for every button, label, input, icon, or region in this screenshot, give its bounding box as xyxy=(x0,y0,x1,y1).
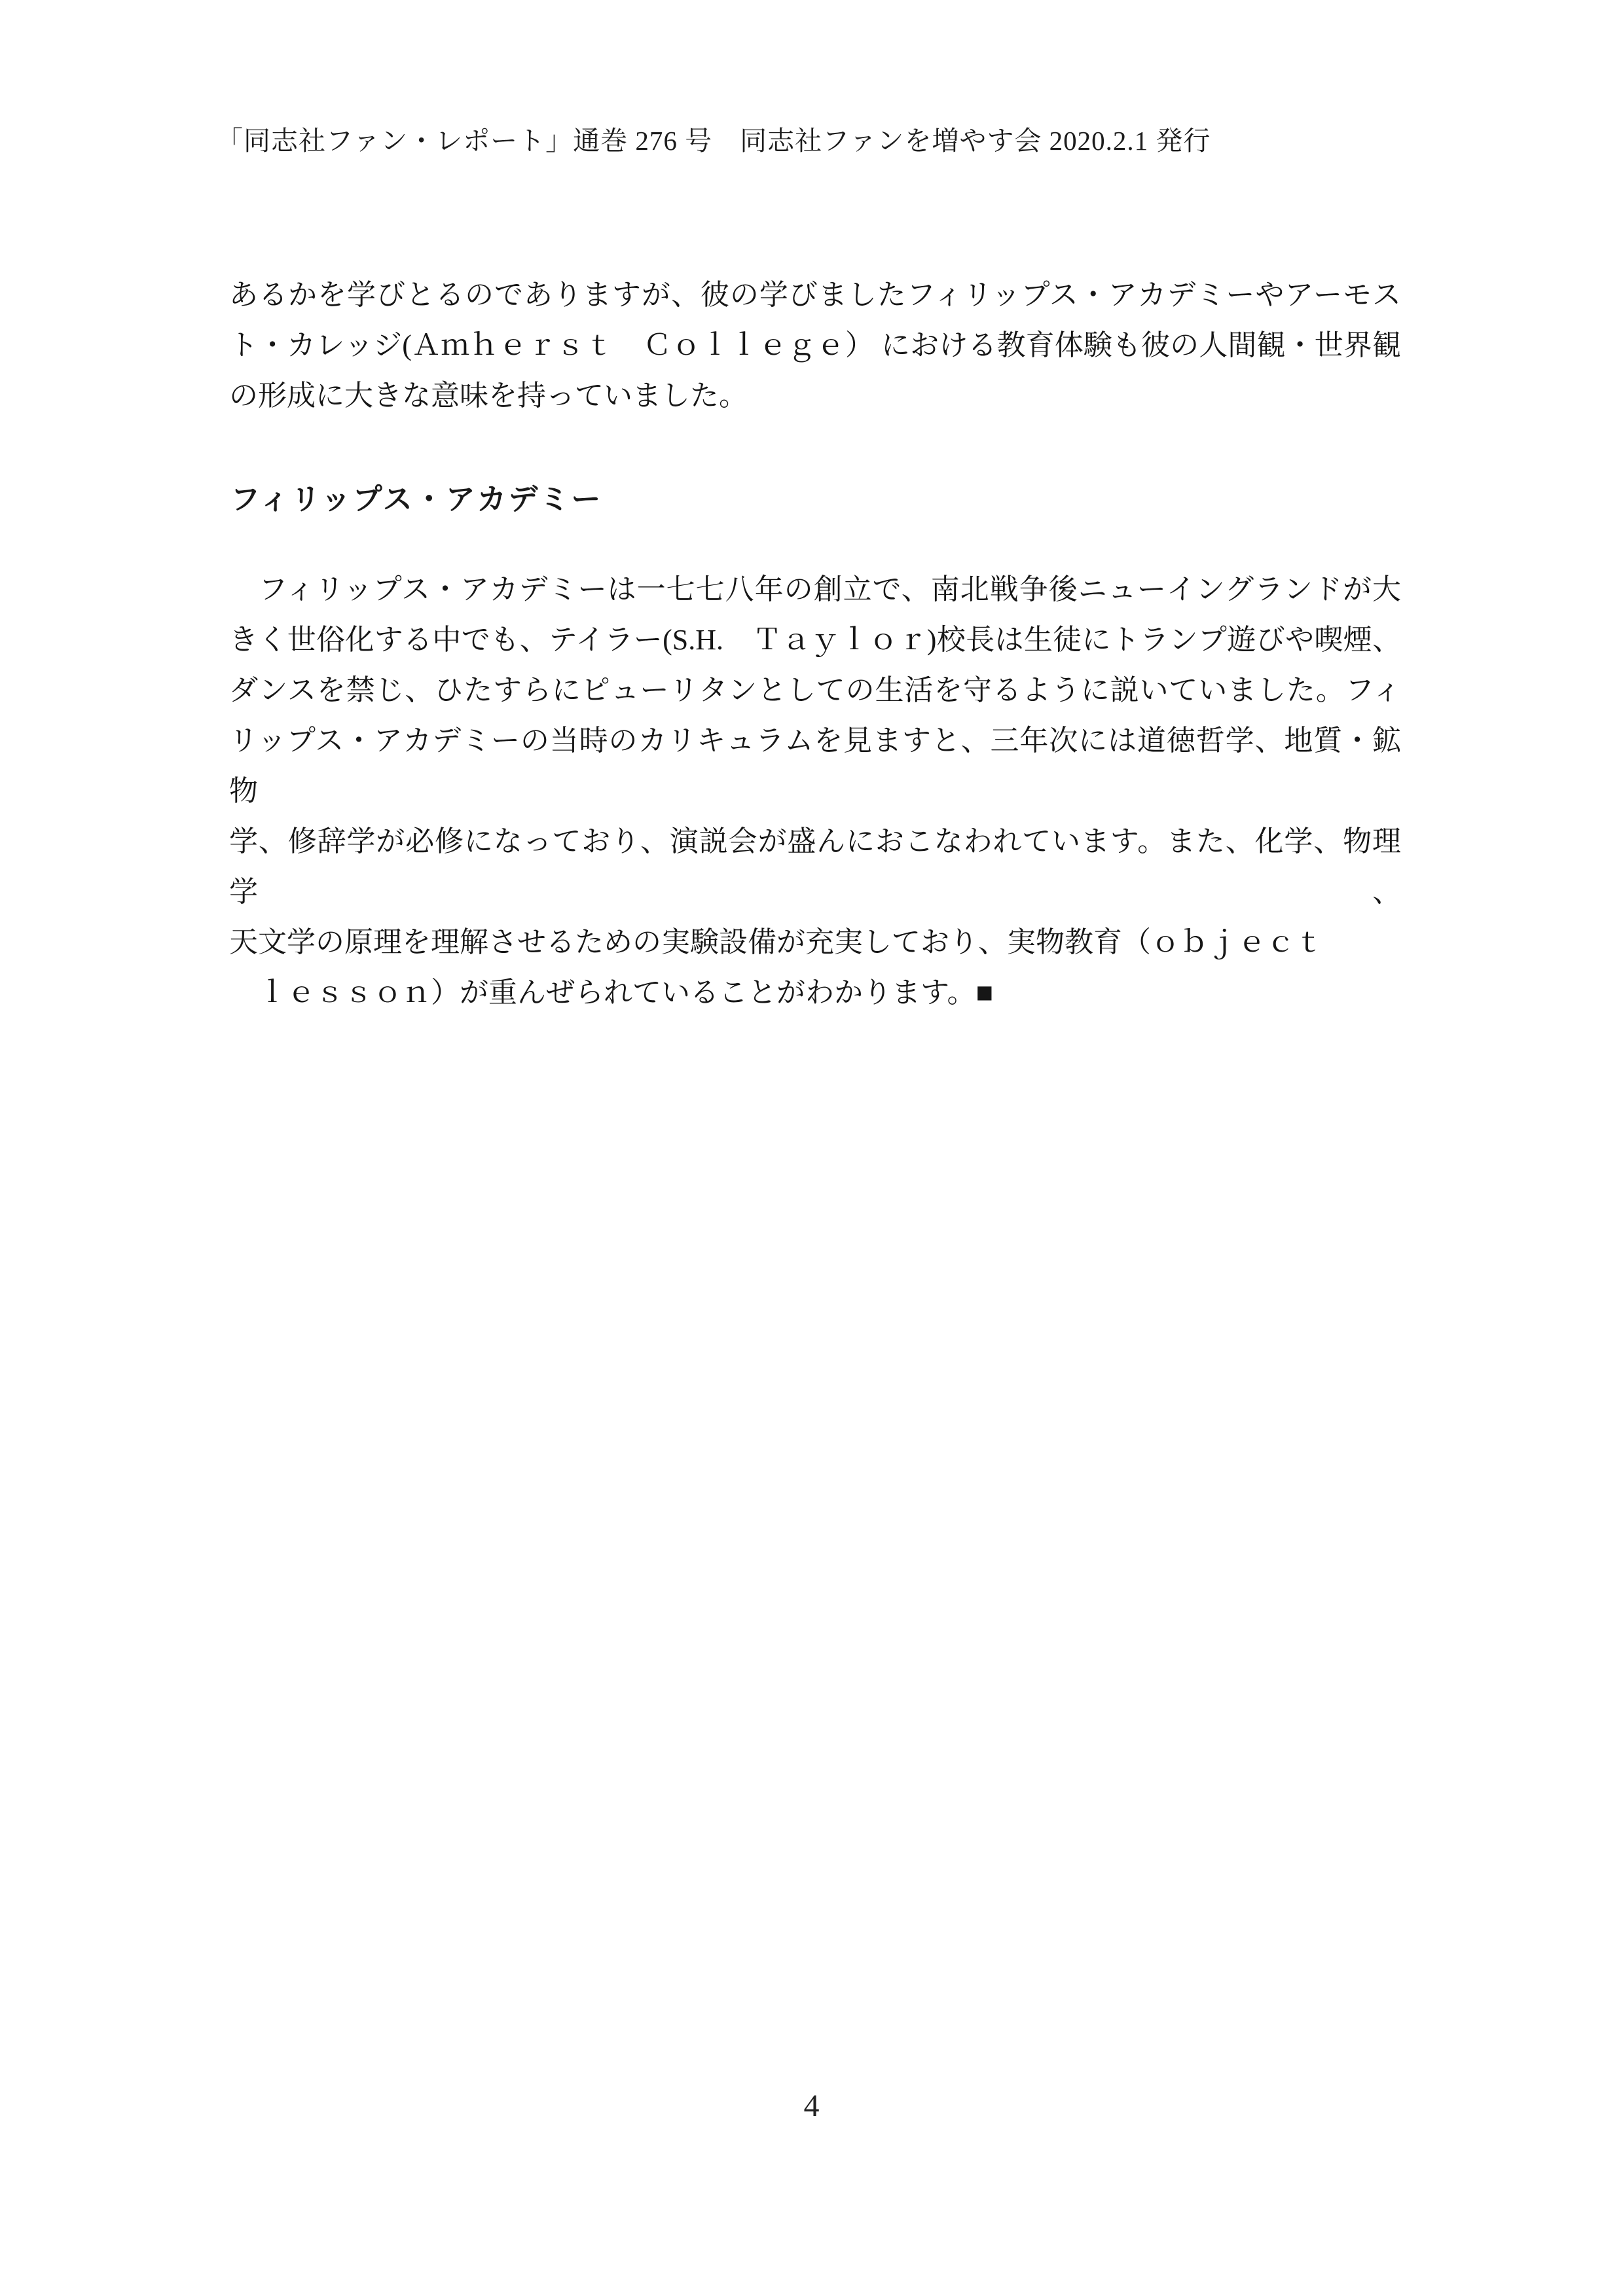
paragraph-line: フィリップス・アカデミーは一七七八年の創立で、南北戦争後ニューイングランドが大 xyxy=(229,564,1401,615)
section-heading: フィリップス・アカデミー xyxy=(230,475,602,518)
paragraph-line: ｌｅｓｓｏｎ）が重んぜられていることがわかります。■ xyxy=(229,967,1401,1018)
paragraph-2: フィリップス・アカデミーは一七七八年の創立で、南北戦争後ニューイングランドが大 … xyxy=(229,564,1401,1018)
paragraph-1: あるかを学びとるのでありますが、彼の学びましたフィリップス・アカデミーやアーモス… xyxy=(229,270,1401,421)
page-number: 4 xyxy=(0,2088,1623,2124)
document-header: 「同志社ファン・レポート」通巻 276 号 同志社ファンを増やす会 2020.2… xyxy=(216,119,1408,158)
paragraph-line: あるかを学びとるのでありますが、彼の学びましたフィリップス・アカデミーやアーモス xyxy=(229,270,1401,320)
paragraph-line: ト・カレッジ(Ａｍｈｅｒｓｔ Ｃｏｌｌｅｇｅ） における教育体験も彼の人間観・世… xyxy=(229,320,1401,370)
paragraph-line: 学、修辞学が必修になっており、演説会が盛んにおこなわれています。また、化学、物理… xyxy=(229,816,1401,917)
paragraph-line: ダンスを禁じ、ひたすらにピューリタンとしての生活を守るように説いていました。フィ xyxy=(229,665,1401,715)
document-page: 「同志社ファン・レポート」通巻 276 号 同志社ファンを増やす会 2020.2… xyxy=(0,0,1623,2296)
paragraph-line: 天文学の原理を理解させるための実験設備が充実しており、実物教育（ｏｂｊｅｃｔ xyxy=(229,917,1401,967)
paragraph-line: の形成に大きな意味を持っていました。 xyxy=(229,370,1401,421)
paragraph-line: リップス・アカデミーの当時のカリキュラムを見ますと、三年次には道徳哲学、地質・鉱… xyxy=(229,715,1401,816)
paragraph-line: きく世俗化する中でも、テイラー(S.H. Ｔａｙｌｏｒ)校長は生徒にトランプ遊び… xyxy=(229,615,1401,665)
